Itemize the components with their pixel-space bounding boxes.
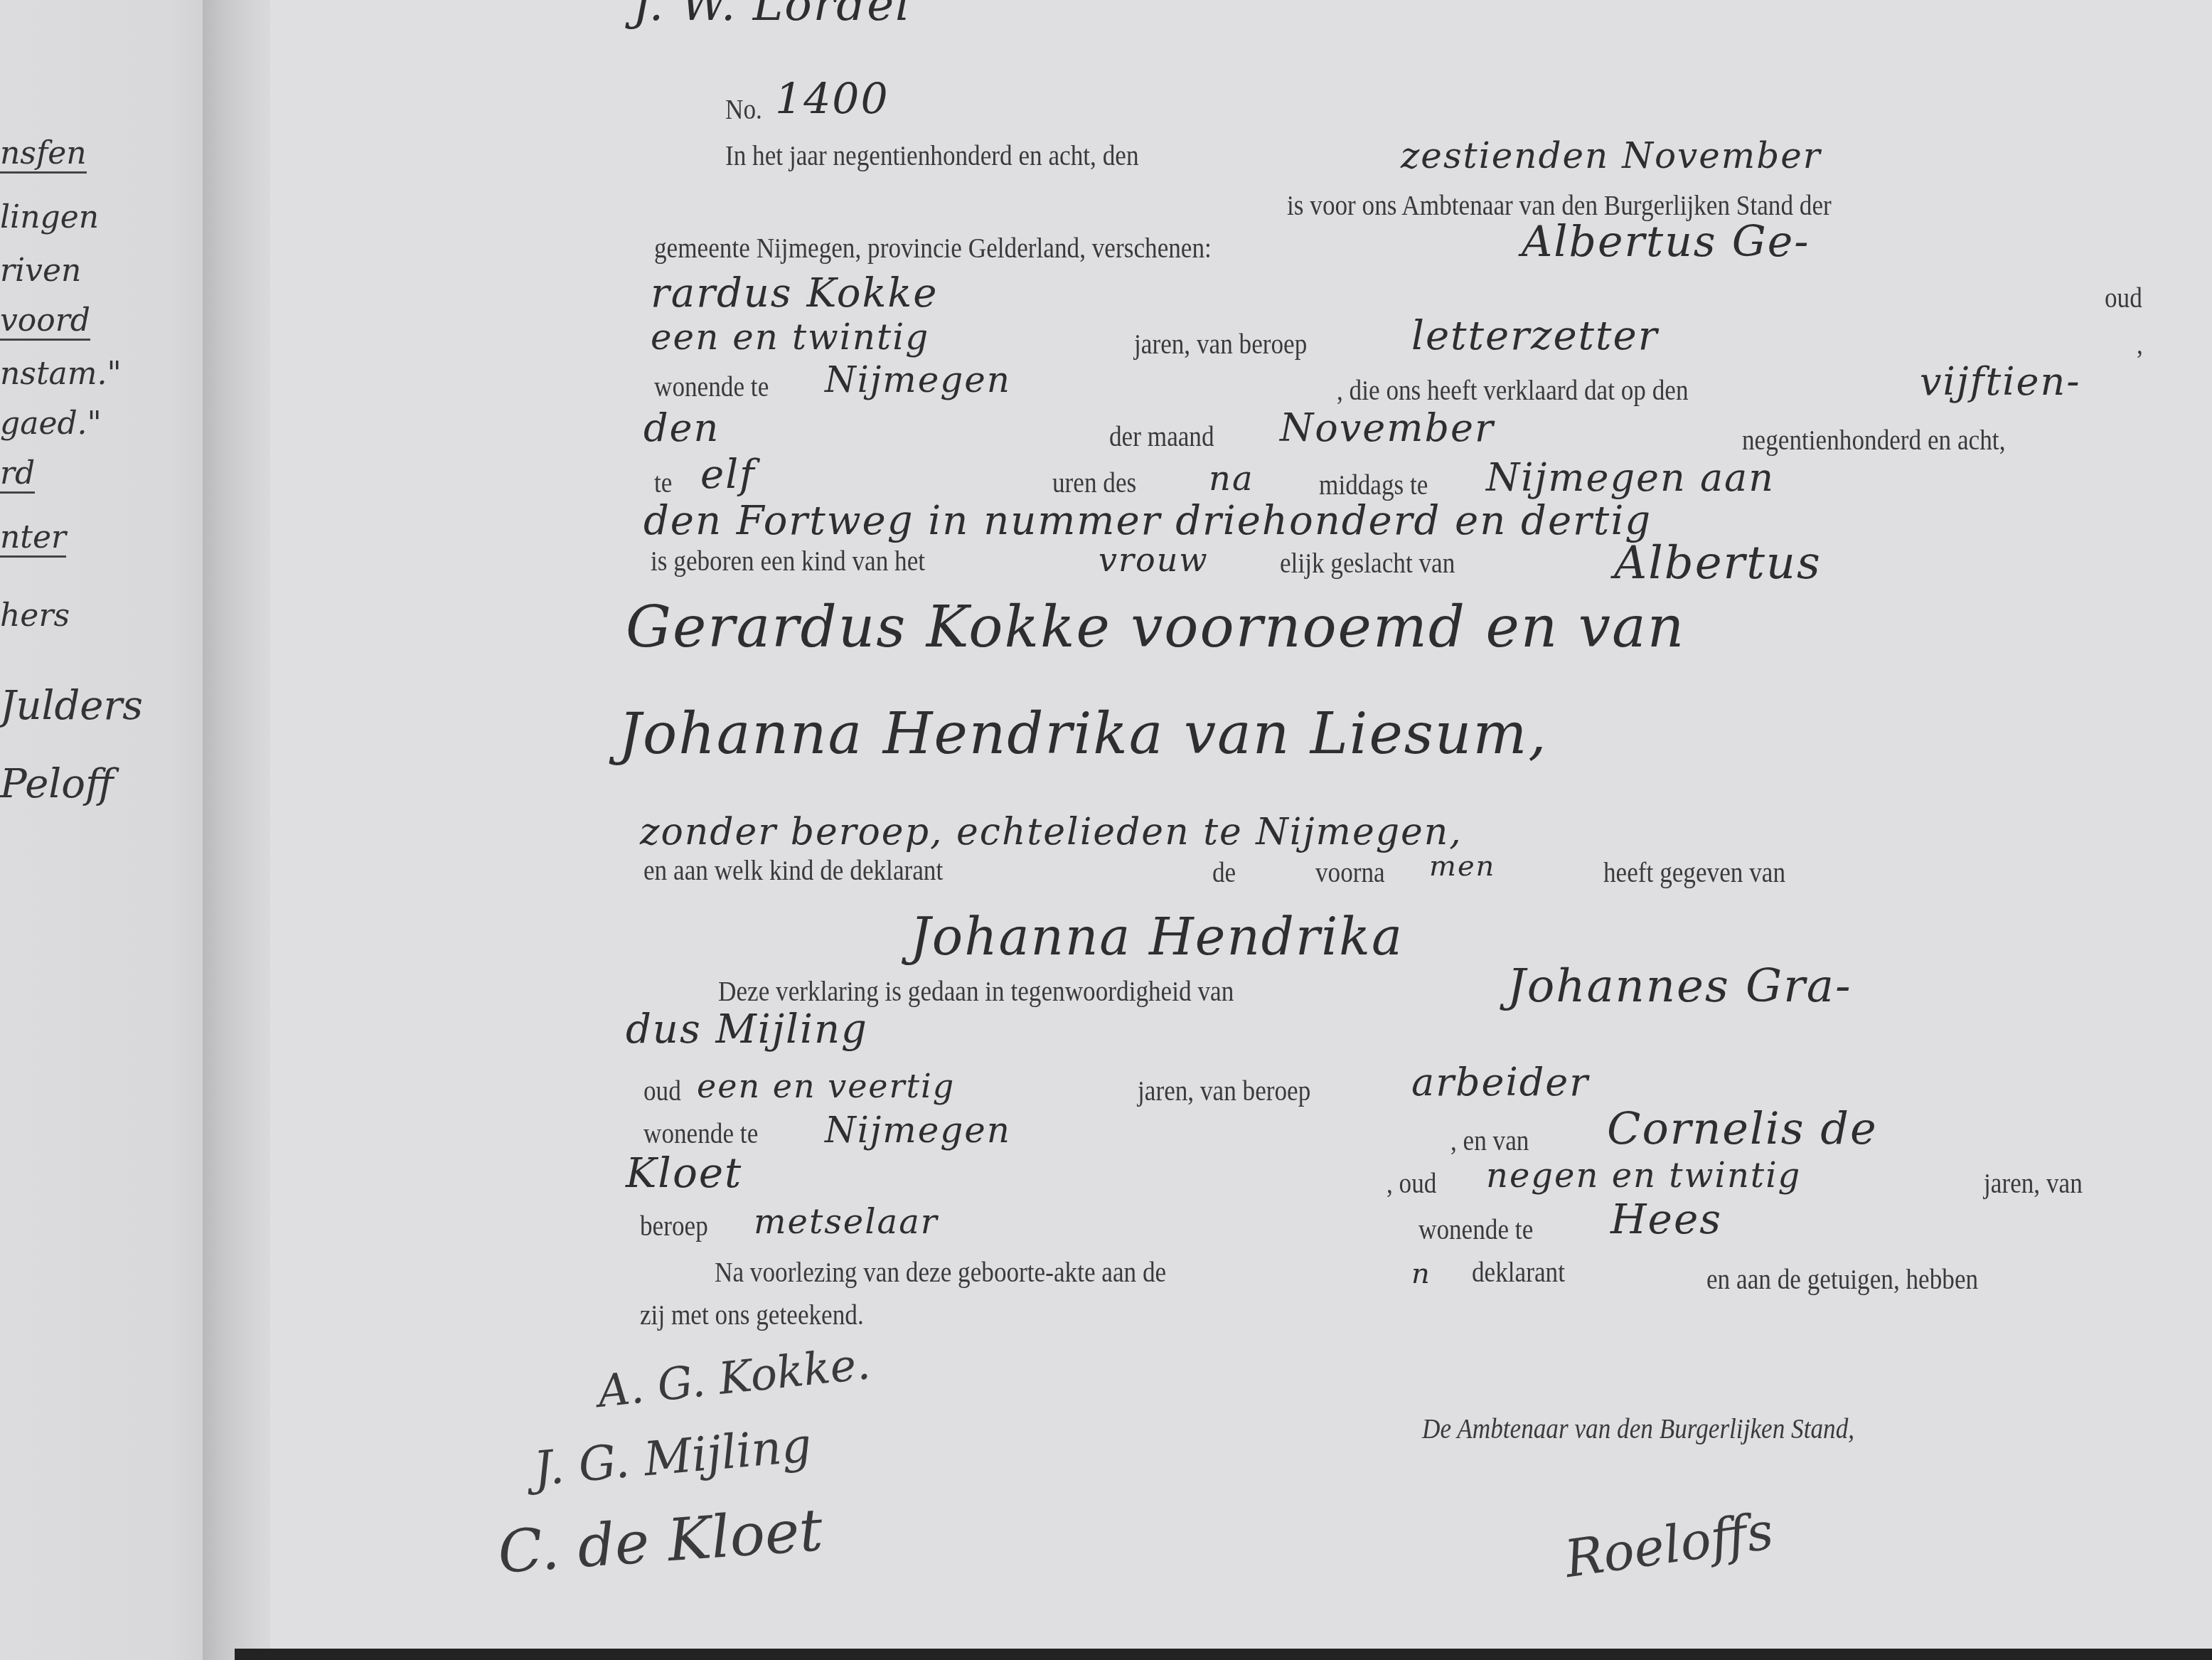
printed-text: oud: [2105, 281, 2142, 314]
printed-text: jaren, van beroep: [1138, 1074, 1310, 1107]
handwritten-witness1-occupation: arbeider: [1411, 1060, 1589, 1105]
printed-text: elijk geslacht van: [1280, 546, 1455, 580]
handwritten-time-of-day: na: [1209, 459, 1254, 499]
printed-text: ,: [2137, 327, 2143, 361]
printed-text: , oud: [1386, 1166, 1436, 1200]
margin-note: hers: [0, 597, 70, 634]
printed-text: negentienhonderd en acht,: [1742, 423, 2005, 457]
printed-text: deklarant: [1472, 1255, 1565, 1289]
printed-text: heeft gegeven van: [1603, 856, 1785, 889]
handwritten-day: den: [643, 405, 720, 450]
handwritten-child-name: Johanna Hendrika: [910, 907, 1404, 967]
printed-text: der maand: [1109, 420, 1214, 453]
printed-text: is geboren een kind van het: [651, 544, 925, 578]
book-spine: [203, 0, 281, 1660]
handwritten-witness2-age: negen en twintig: [1486, 1156, 1801, 1196]
handwritten-mother-details: zonder beroep, echtelieden te Nijmegen,: [640, 811, 1463, 853]
handwritten-names: men: [1429, 850, 1495, 883]
handwritten-month: November: [1280, 405, 1495, 450]
handwritten-witness1: Johannes Gra-: [1507, 960, 1852, 1013]
printed-text: jaren, van beroep: [1134, 327, 1307, 361]
margin-note: nsfen: [0, 135, 87, 174]
printed-text: In het jaar negentienhonderd en acht, de…: [725, 139, 1139, 172]
handwritten-hour: elf: [700, 452, 756, 498]
printed-text: Na voorlezing van deze geboorte-akte aan…: [715, 1255, 1166, 1289]
printed-text: beroep: [640, 1209, 708, 1243]
handwritten-witness2-residence: Hees: [1610, 1195, 1722, 1243]
printed-text: de: [1212, 856, 1236, 889]
printed-text: wonende te: [643, 1117, 758, 1150]
record-number: 1400: [775, 75, 889, 124]
handwritten-age: een en twintig: [651, 316, 929, 358]
margin-note: Peloff: [0, 761, 114, 807]
left-page: nsfen lingen riven voord nstam." gaed." …: [0, 0, 213, 1660]
handwritten-father: Gerardus Kokke voornoemd en van: [626, 594, 1685, 660]
printed-text: uren des: [1052, 466, 1136, 499]
handwritten-place: Nijmegen aan: [1486, 455, 1775, 500]
handwritten-count: n: [1411, 1257, 1431, 1290]
page-bottom-edge: [235, 1649, 2212, 1660]
printed-text: Deze verklaring is gedaan in tegenwoordi…: [718, 974, 1234, 1008]
handwritten-address: den Fortweg in nummer driehonderd en der…: [643, 498, 1652, 544]
printed-text: oud: [643, 1074, 681, 1107]
official-title: De Ambtenaar van den Burgerlijken Stand,: [1422, 1412, 1854, 1445]
handwritten-witness1-age: een en veertig: [697, 1067, 955, 1105]
printed-text: gemeente Nijmegen, provincie Gelderland,…: [654, 231, 1212, 265]
margin-note: riven: [0, 252, 81, 289]
handwritten-residence: Nijmegen: [825, 359, 1011, 400]
printed-text: middags te: [1319, 468, 1428, 501]
handwritten-witness2-occupation: metselaar: [754, 1202, 939, 1242]
margin-note: nter: [0, 519, 66, 558]
handwritten-declarant: Albertus Ge-: [1522, 217, 1810, 267]
printed-text: , die ons heeft verklaard dat op den: [1337, 373, 1689, 407]
printed-text: en aan welk kind de deklarant: [643, 853, 943, 887]
margin-note: lingen: [0, 199, 99, 235]
handwritten-witness2: Cornelis de: [1607, 1102, 1878, 1154]
printed-text: , en van: [1450, 1124, 1529, 1157]
handwritten-witness1-residence: Nijmegen: [825, 1110, 1011, 1151]
handwritten-father: Albertus: [1614, 537, 1822, 590]
margin-note: nstam.": [0, 356, 122, 392]
printed-text: te: [654, 466, 672, 499]
printed-text: zij met ons geteekend.: [640, 1298, 864, 1331]
margin-note: Julders: [0, 683, 143, 729]
handwritten-witness1: dus Mijling: [626, 1006, 868, 1053]
printed-text: wonende te: [1418, 1213, 1533, 1246]
handwritten-mother: Johanna Hendrika van Liesum,: [619, 701, 1548, 767]
number-label: No.: [725, 92, 762, 126]
handwritten-day: vijftien-: [1920, 359, 2080, 404]
handwritten-date: zestienden November: [1401, 135, 1822, 176]
printed-text: en aan de getuigen, hebben: [1706, 1262, 1978, 1296]
handwritten-sex: vrouw: [1099, 541, 1209, 579]
printed-text: wonende te: [654, 370, 769, 403]
margin-note: rd: [0, 455, 35, 494]
top-fragment: J. W. Lordel: [633, 0, 912, 31]
margin-note: gaed.": [0, 405, 102, 442]
handwritten-declarant: rardus Kokke: [651, 270, 938, 316]
handwritten-occupation: letterzetter: [1411, 313, 1659, 359]
printed-text: jaren, van: [1984, 1166, 2083, 1200]
printed-text: voorna: [1315, 856, 1385, 889]
handwritten-witness2: Kloet: [626, 1149, 742, 1197]
margin-note: voord: [0, 302, 90, 341]
